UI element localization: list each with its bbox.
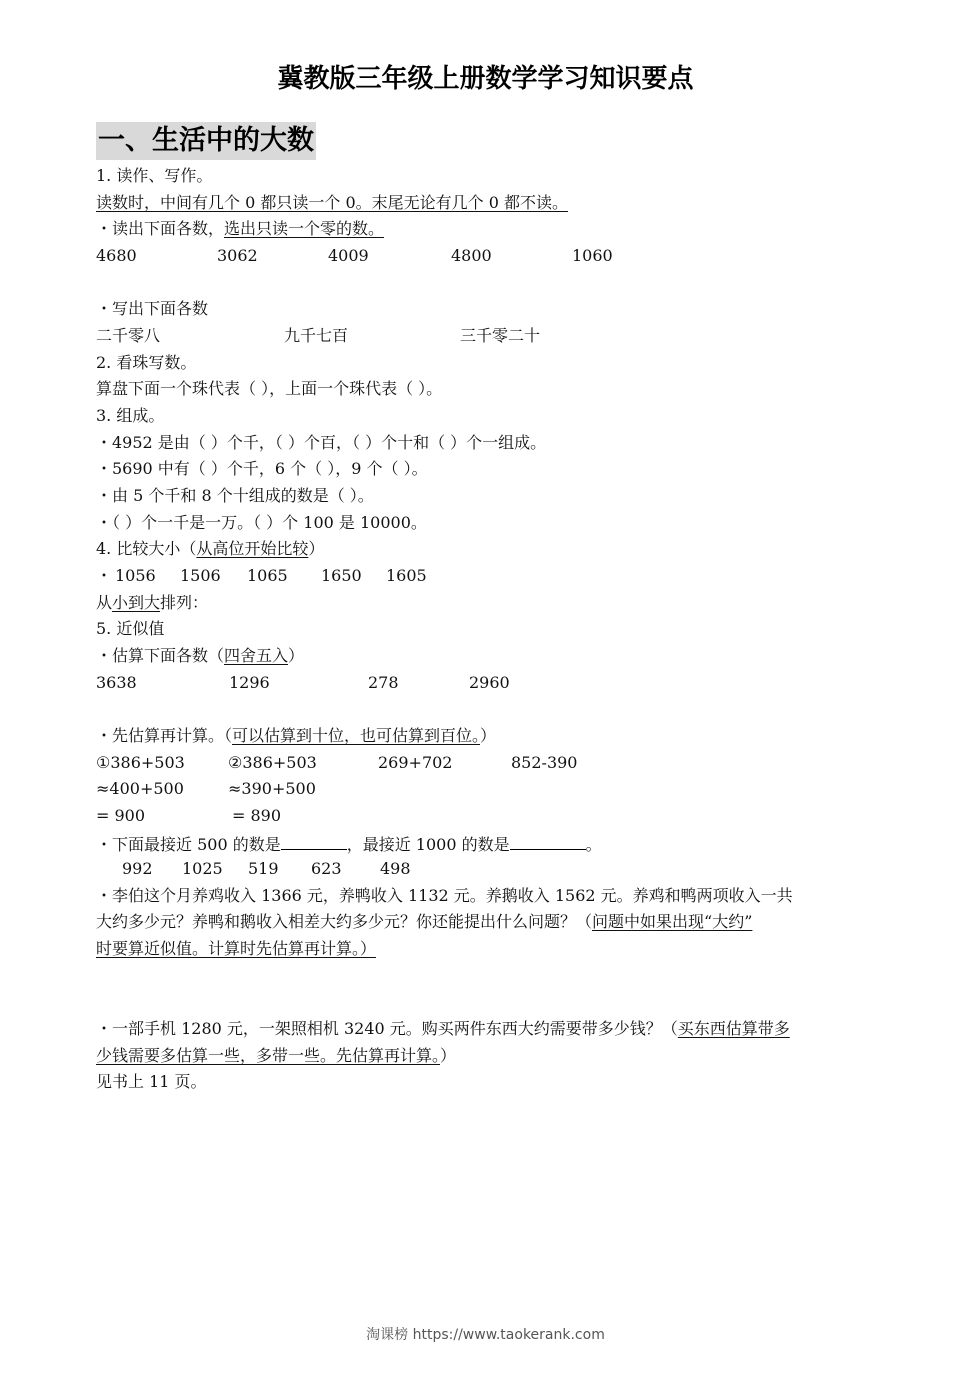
calc-expr: ②386+503 <box>228 753 317 773</box>
estimate-text: ・估算下面各数（ <box>96 646 224 665</box>
compare-number: 1650 <box>321 566 362 586</box>
s4-heading-underlined: 从高位开始比较 <box>196 539 308 558</box>
closest-number: 992 <box>122 859 153 879</box>
s4-heading: 4. 比较大小（从高位开始比较） <box>96 539 324 559</box>
calc-approx: ≈400+500 <box>96 779 184 799</box>
problem2-text: ・一部手机 1280 元，一架照相机 3240 元。购买两件东西大约需要带多少钱… <box>96 1019 678 1038</box>
calc-underlined: 可以估算到十位，也可估算到百位。 <box>232 726 480 745</box>
calc-close: ） <box>480 726 496 745</box>
estimate-number: 278 <box>368 673 399 693</box>
compare-number: 1056 <box>115 566 156 586</box>
problem1-line3: 时要算近似值。计算时先估算再计算。） <box>96 939 376 959</box>
compare-number: 1605 <box>386 566 427 586</box>
answer-blank[interactable] <box>510 833 586 850</box>
s3-item: ・（ ）个一千是一万。（ ）个 100 是 10000。 <box>96 513 427 533</box>
s3-item: ・由 5 个千和 8 个十组成的数是（ ）。 <box>96 486 374 506</box>
s5-closest: ・下面最接近 500 的数是，最接近 1000 的数是。 <box>96 833 602 855</box>
s3-item: ・5690 中有（ ）个千，6 个（ ），9 个（ ）。 <box>96 459 428 479</box>
s3-heading: 3. 组成。 <box>96 406 164 426</box>
s1-task-write: ・写出下面各数 <box>96 299 208 319</box>
write-word: 九千七百 <box>284 326 348 346</box>
calc-expr: ①386+503 <box>96 753 185 773</box>
s5-calc: ・先估算再计算。（可以估算到十位，也可估算到百位。） <box>96 726 496 746</box>
s5-estimate: ・估算下面各数（四舍五入） <box>96 646 304 666</box>
s4-order: 从小到大排列： <box>96 593 208 613</box>
footer-watermark: 淘课榜 https://www.taokerank.com <box>0 1324 971 1344</box>
page-title: 冀教版三年级上册数学学习知识要点 <box>0 58 971 95</box>
calc-approx: ≈390+500 <box>228 779 316 799</box>
task-read-underlined: 选出只读一个零的数。 <box>224 219 384 238</box>
read-number: 4009 <box>328 246 369 266</box>
calc-expr: 269+702 <box>378 753 452 773</box>
s1-task-read: ・读出下面各数，选出只读一个零的数。 <box>96 219 384 239</box>
closest-text-2: ，最接近 1000 的数是 <box>347 835 510 854</box>
compare-number: 1065 <box>247 566 288 586</box>
read-number: 3062 <box>217 246 258 266</box>
estimate-number: 3638 <box>96 673 137 693</box>
s3-item: ・4952 是由（ ）个千，（ ）个百，（ ）个十和（ ）个一组成。 <box>96 433 546 453</box>
order-text: 从 <box>96 593 112 612</box>
s5-heading: 5. 近似值 <box>96 619 164 639</box>
closest-end: 。 <box>586 835 602 854</box>
problem2-close: ） <box>440 1046 456 1065</box>
s4-heading-text: 4. 比较大小（ <box>96 539 196 558</box>
problem1-text: 大约多少元？养鸭和鹅收入相差大约多少元？你还能提出什么问题？（ <box>96 912 592 931</box>
s2-text: 算盘下面一个珠代表（ ），上面一个珠代表（ ）。 <box>96 379 442 399</box>
reference: 见书上 11 页。 <box>96 1072 207 1092</box>
closest-number: 519 <box>248 859 279 879</box>
write-word: 三千零二十 <box>460 326 540 346</box>
problem2-underlined-2: 少钱需要多估算一些，多带一些。先估算再计算。 <box>96 1046 440 1065</box>
s1-heading: 1. 读作、写作。 <box>96 166 212 186</box>
estimate-underlined: 四舍五入 <box>224 646 288 665</box>
section-heading: 一、生活中的大数 <box>96 122 316 160</box>
compare-number: 1506 <box>180 566 221 586</box>
calc-result: = 890 <box>232 806 281 826</box>
calc-text: ・先估算再计算。（ <box>96 726 232 745</box>
answer-blank[interactable] <box>281 833 347 850</box>
read-number: 4800 <box>451 246 492 266</box>
problem2-line2: 少钱需要多估算一些，多带一些。先估算再计算。） <box>96 1046 456 1066</box>
read-number: 1060 <box>572 246 613 266</box>
closest-number: 623 <box>311 859 342 879</box>
closest-text: ・下面最接近 500 的数是 <box>96 835 281 854</box>
closest-number: 1025 <box>182 859 223 879</box>
problem2-underlined: 买东西估算带多 <box>678 1019 790 1038</box>
problem2-line1: ・一部手机 1280 元，一架照相机 3240 元。购买两件东西大约需要带多少钱… <box>96 1019 790 1039</box>
calc-result: = 900 <box>96 806 145 826</box>
problem1-line1: ・李伯这个月养鸡收入 1366 元，养鸭收入 1132 元。养鹅收入 1562 … <box>96 886 793 906</box>
s2-heading: 2. 看珠写数。 <box>96 353 196 373</box>
estimate-close: ） <box>288 646 304 665</box>
s4-heading-close: ） <box>308 539 324 558</box>
s1-rule: 读数时，中间有几个 0 都只读一个 0。末尾无论有几个 0 都不读。 <box>96 193 568 213</box>
bullet: ・ <box>96 566 112 586</box>
calc-expr: 852-390 <box>511 753 577 773</box>
problem1-line2: 大约多少元？养鸭和鹅收入相差大约多少元？你还能提出什么问题？（问题中如果出现“大… <box>96 912 752 932</box>
estimate-number: 2960 <box>469 673 510 693</box>
read-number: 4680 <box>96 246 137 266</box>
problem1-underlined: 问题中如果出现“大约” <box>592 912 752 931</box>
write-word: 二千零八 <box>96 326 160 346</box>
closest-number: 498 <box>380 859 411 879</box>
estimate-number: 1296 <box>229 673 270 693</box>
order-text-end: 排列： <box>160 593 208 612</box>
order-underlined: 小到大 <box>112 593 160 612</box>
task-read-text: ・读出下面各数， <box>96 219 224 238</box>
